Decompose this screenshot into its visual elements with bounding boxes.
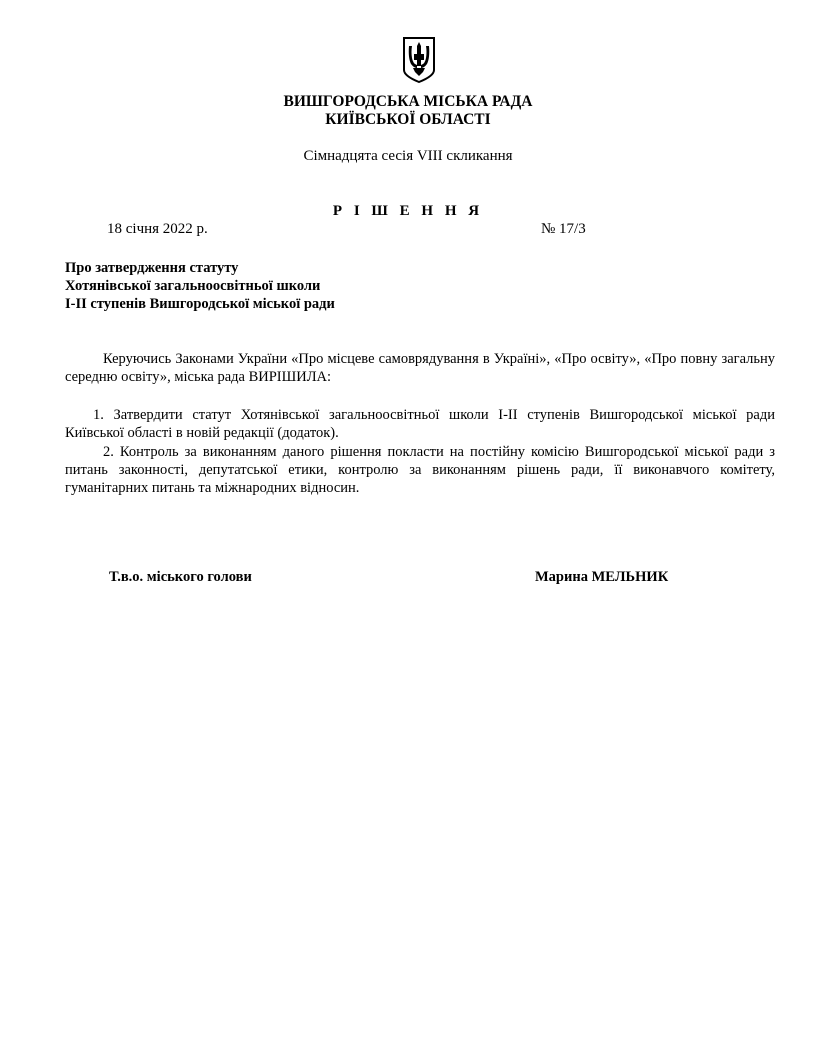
decision-number: № 17/3 (541, 221, 586, 238)
ukraine-coat-of-arms-icon (402, 36, 436, 84)
signatory-role: Т.в.о. міського голови (109, 569, 252, 586)
subject-line: Про затвердження статуту (65, 259, 335, 277)
subject-line: І-ІІ ступенів Вишгородської міської ради (65, 295, 335, 313)
decision-subject: Про затвердження статуту Хотянівської за… (65, 259, 335, 313)
signatory-name: Марина МЕЛЬНИК (535, 569, 668, 586)
decision-item-2: 2. Контроль за виконанням даного рішення… (65, 443, 775, 497)
preamble-text: Керуючись Законами України «Про місцеве … (65, 350, 775, 386)
organization-region: КИЇВСЬКОЇ ОБЛАСТІ (0, 111, 816, 129)
session-label: Сімнадцята сесія VIII скликання (0, 148, 816, 165)
organization-name: ВИШГОРОДСЬКА МІСЬКА РАДА (0, 93, 816, 111)
decision-item-1: 1. Затвердити статут Хотянівської загаль… (65, 406, 775, 442)
preamble: Керуючись Законами України «Про місцеве … (65, 350, 775, 386)
decision-title: Р І Ш Е Н Н Я (0, 203, 816, 220)
decision-date: 18 січня 2022 р. (107, 221, 208, 238)
subject-line: Хотянівської загальноосвітньої школи (65, 277, 335, 295)
